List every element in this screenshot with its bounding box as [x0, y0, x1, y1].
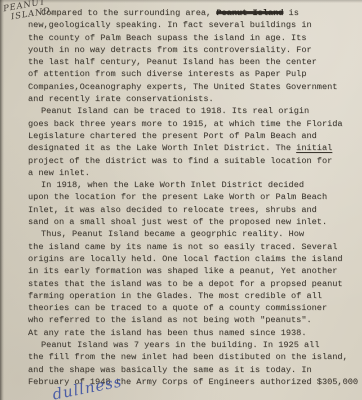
document-page: PEANUT ISLAND, Compared to the surroundi… — [0, 0, 362, 400]
typewritten-line: Thus, Peanut Island became a geogrphic r… — [28, 228, 358, 240]
text-segment: of attention from such diverse interests… — [28, 69, 306, 79]
text-segment: the last half century, Peanut Island has… — [28, 57, 317, 67]
text-segment: and the shape was basically the same as … — [28, 365, 312, 375]
text-segment: Inlet, it was also decided to relocate t… — [28, 205, 317, 215]
typewritten-line: the last half century, Peanut Island has… — [28, 56, 358, 68]
text-segment: project of the district was to find a su… — [28, 156, 332, 166]
typewritten-line: At any rate the island has been thus nam… — [28, 327, 358, 339]
typewritten-line: upon the location for the present Lake W… — [28, 191, 358, 203]
typewritten-line: and the shape was basically the same as … — [28, 364, 358, 376]
typewritten-line: and recently irate conservationists. — [28, 93, 358, 105]
text-segment: the island came by its name is not so ea… — [28, 242, 337, 252]
text-segment: At any rate the island has been thus nam… — [28, 328, 306, 338]
typewritten-line: who referred to the island as not being … — [28, 314, 358, 326]
typewritten-line: Inlet, it was also decided to relocate t… — [28, 204, 358, 216]
text-segment: new,geologically speaking. In fact sever… — [28, 20, 312, 30]
typewritten-line: Compared to the surrounding area, Peanut… — [28, 7, 358, 19]
typewritten-text: Compared to the surrounding area, Peanut… — [28, 7, 358, 388]
typewritten-line: a new inlet. — [28, 167, 358, 179]
typewritten-line: the island came by its name is not so ea… — [28, 241, 358, 253]
text-segment: who referred to the island as not being … — [28, 315, 312, 325]
text-segment: Companies,Oceanography experts, The Unit… — [28, 82, 337, 92]
text-segment: upon the location for the present Lake W… — [28, 192, 327, 202]
typewritten-line: Peanut Island can be traced to 1918. Its… — [28, 105, 358, 117]
typewritten-line: goes back three years more to 1915, at w… — [28, 118, 358, 130]
text-segment: farming operation in the Glades. The mos… — [28, 291, 322, 301]
typewritten-line: youth in no way detracts from its contro… — [28, 44, 358, 56]
typewritten-line: theories can be traced to a quote of a c… — [28, 302, 358, 314]
typewritten-line: the fill from the new inlet had been dis… — [28, 351, 358, 363]
text-segment: Thus, Peanut Island became a geogrphic r… — [41, 229, 304, 239]
struck-out-text: Peanut Island — [216, 8, 283, 18]
typewritten-line: new,geologically speaking. In fact sever… — [28, 19, 358, 31]
text-segment: the fill from the new inlet had been dis… — [28, 352, 348, 362]
text-segment: and recently irate conservationists. — [28, 94, 214, 104]
text-segment: designated it as the Lake Worth Inlet Di… — [28, 143, 296, 153]
typewritten-line: farming operation in the Glades. The mos… — [28, 290, 358, 302]
text-segment: states that the island was to be a depot… — [28, 279, 343, 289]
text-segment: In 1918, when the Lake Worth Inlet Distr… — [41, 180, 304, 190]
typewritten-line: the county of Palm Beach supass the isla… — [28, 32, 358, 44]
typewritten-line: Companies,Oceanography experts, The Unit… — [28, 81, 358, 93]
typewritten-line: designated it as the Lake Worth Inlet Di… — [28, 142, 358, 154]
text-segment: youth in no way detracts from its contro… — [28, 45, 312, 55]
typewritten-line: In 1918, when the Lake Worth Inlet Distr… — [28, 179, 358, 191]
text-segment: goes back three years more to 1915, at w… — [28, 119, 343, 129]
typewritten-line: sand on a small shoal just west of the p… — [28, 216, 358, 228]
typewritten-line: states that the island was to be a depot… — [28, 278, 358, 290]
typewritten-line: in its early formation was shaped like a… — [28, 265, 358, 277]
typewritten-line: Legislature chartered the present Port o… — [28, 130, 358, 142]
typewritten-line: project of the district was to find a su… — [28, 155, 358, 167]
typewritten-line: origins are locally held. One local fact… — [28, 253, 358, 265]
scan-edge-left — [0, 0, 4, 400]
text-segment: a new inlet. — [28, 168, 90, 178]
text-segment: initial — [296, 143, 332, 153]
text-segment: Compared to the surrounding area, — [41, 8, 216, 18]
text-segment: in its early formation was shaped like a… — [28, 266, 337, 276]
typewritten-line: of attention from such diverse interests… — [28, 68, 358, 80]
text-segment: theories can be traced to a quote of a c… — [28, 303, 327, 313]
text-segment: Peanut Island was 7 years in the buildin… — [41, 340, 319, 350]
text-segment: the county of Palm Beach supass the isla… — [28, 33, 306, 43]
text-segment: Peanut Island can be traced to 1918. Its… — [41, 106, 309, 116]
text-segment: origins are locally held. One local fact… — [28, 254, 343, 264]
typewritten-line: Peanut Island was 7 years in the buildin… — [28, 339, 358, 351]
text-segment: sand on a small shoal just west of the p… — [28, 217, 327, 227]
text-segment: Legislature chartered the present Port o… — [28, 131, 317, 141]
text-segment: is — [283, 8, 298, 18]
